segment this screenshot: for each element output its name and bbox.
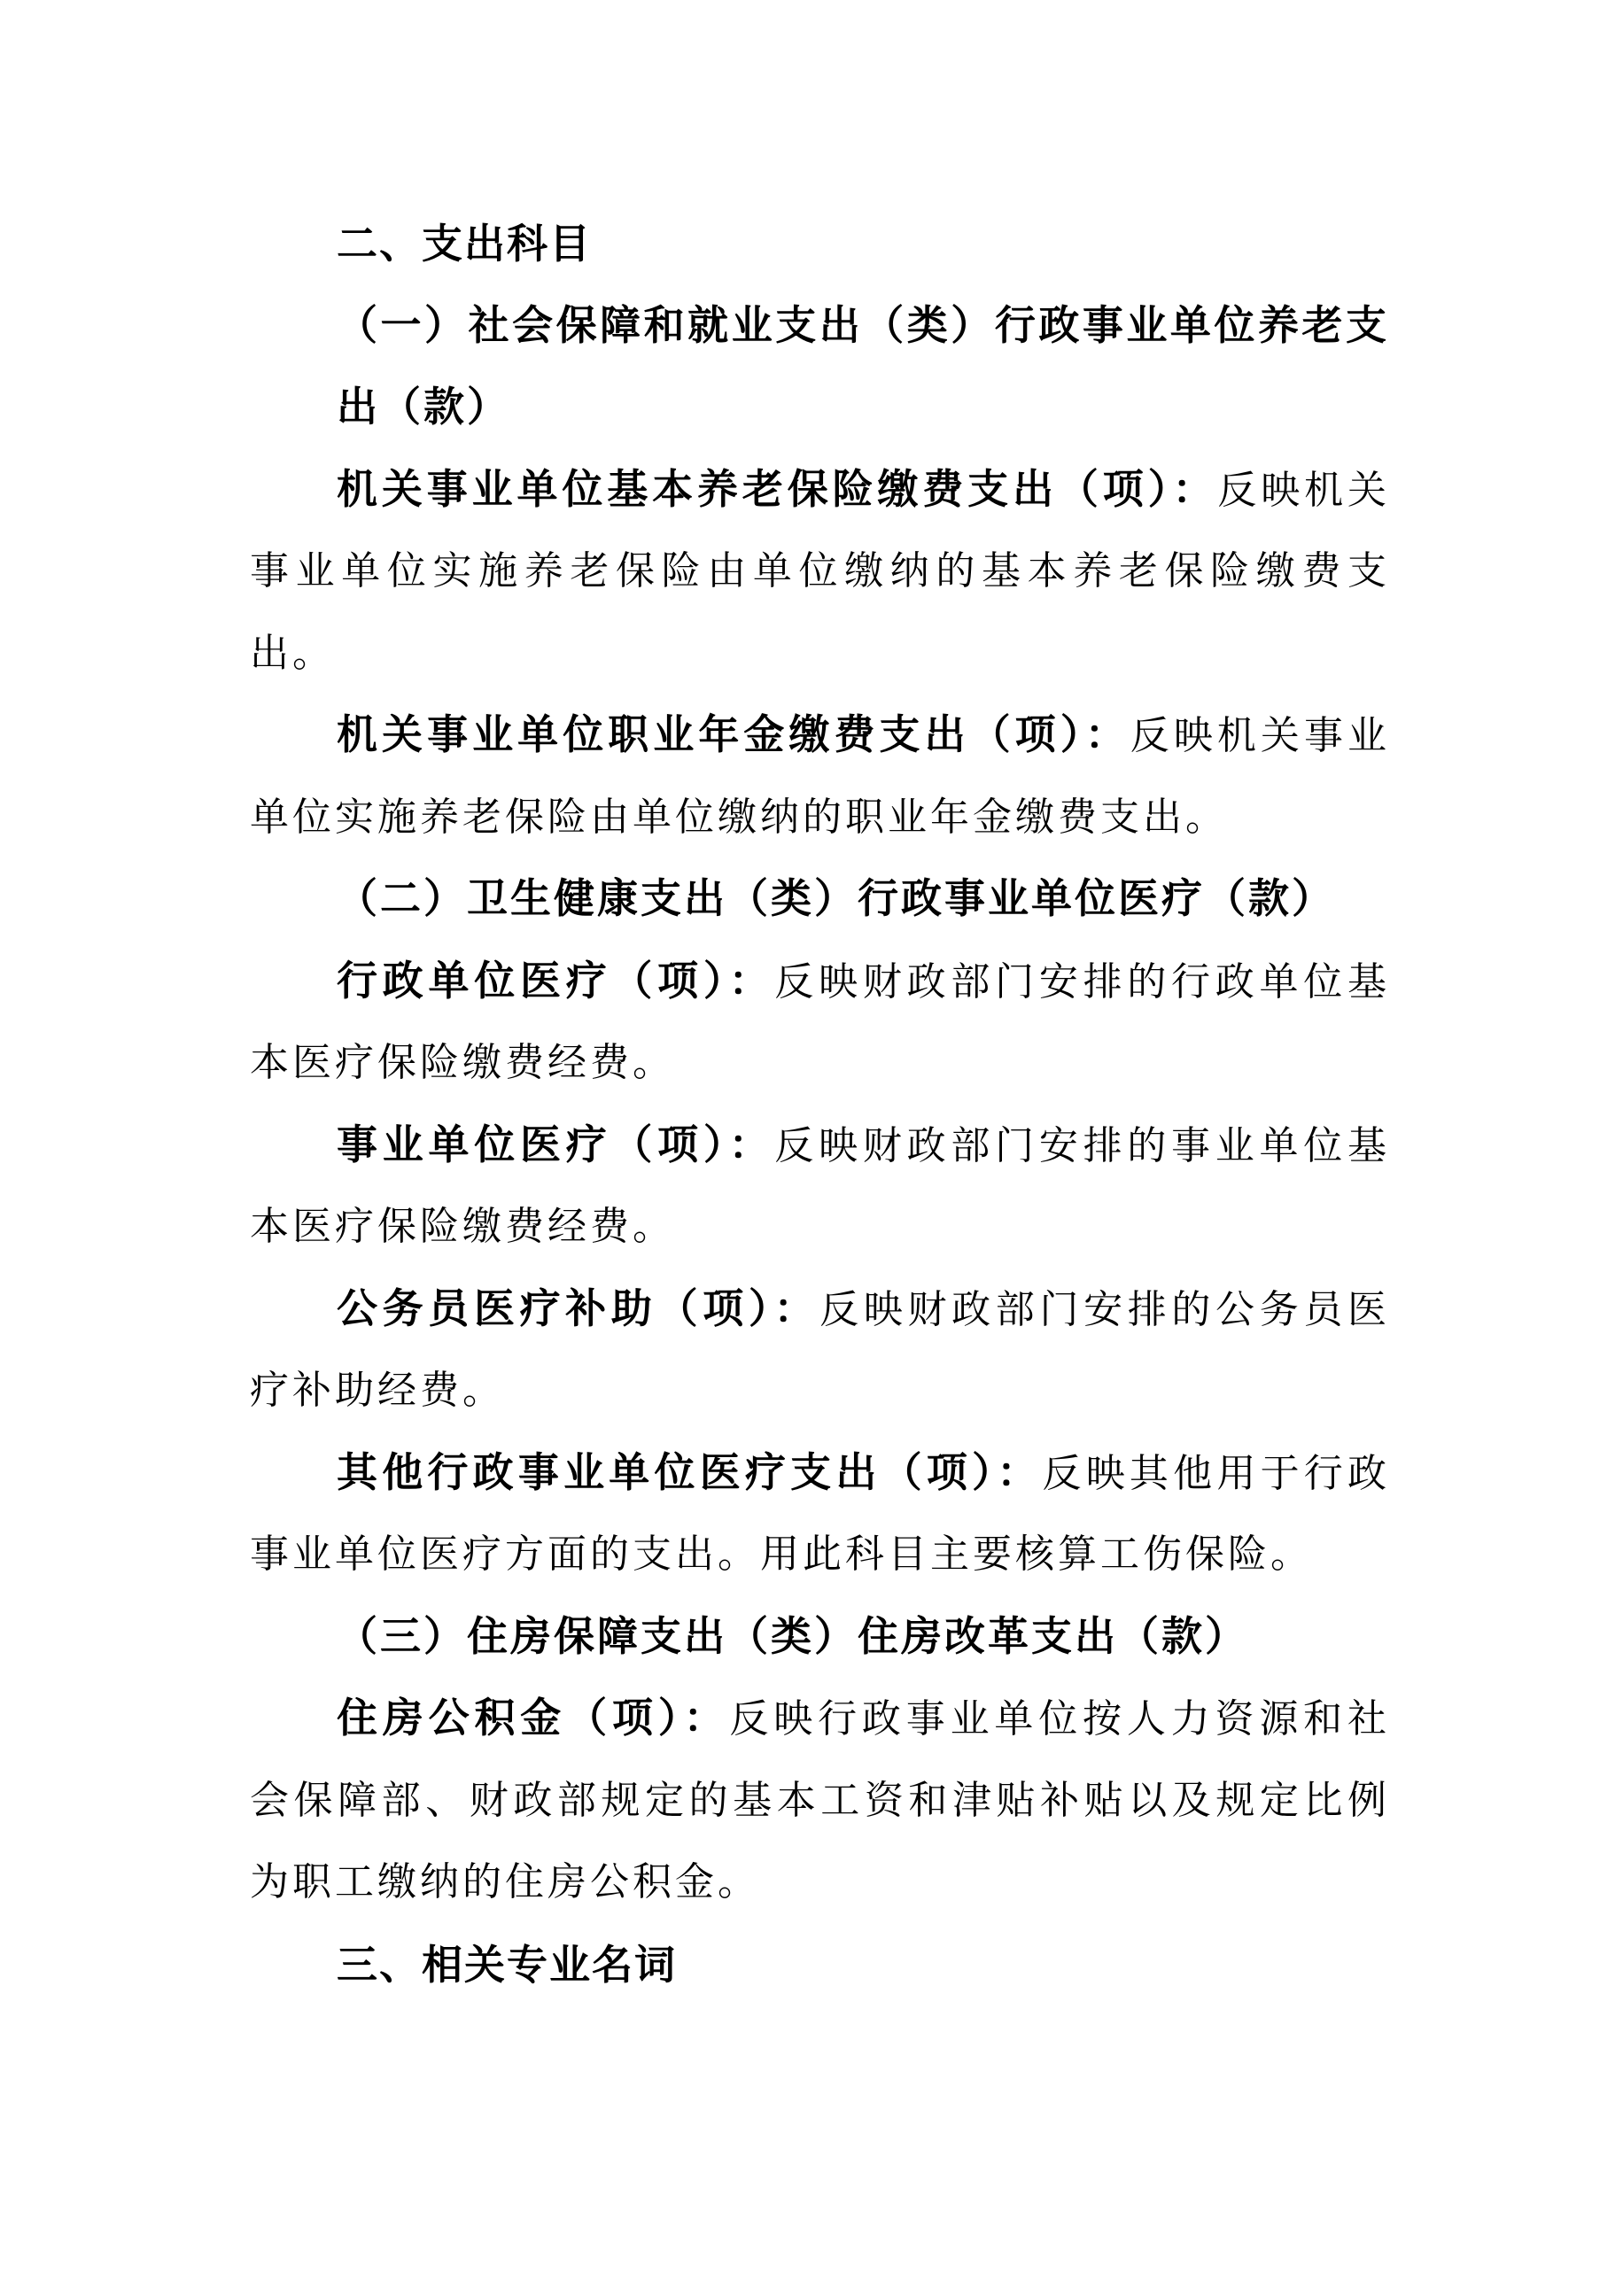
text-line-4: 机关事业单位基本养老保险缴费支出（项）：反映机关 [250, 449, 1386, 531]
text-segment: 事业单位实施养老保险由单位缴纳的基本养老保险缴费支 [250, 549, 1386, 593]
text-segment: 出。 [250, 632, 335, 675]
text-segment-bold: （三）住房保障支出（类）住房改革支出（款） [337, 1614, 1248, 1659]
text-segment-bold: 事业单位医疗（项）： [337, 1122, 774, 1167]
text-line-15: 疗补助经费。 [250, 1350, 1386, 1432]
text-segment: 本医疗保险缴费经费。 [250, 1041, 675, 1084]
text-segment: 反映行政事业单位按人力资源和社 [729, 1697, 1386, 1741]
text-line-7: 机关事业单位职业年金缴费支出（项）：反映机关事业 [250, 694, 1386, 777]
text-segment: 反映财政部门安排的行政单位基 [774, 960, 1386, 1004]
text-line-22: 三、相关专业名词 [250, 1924, 1386, 2006]
text-segment-bold: 机关事业单位职业年金缴费支出（项）： [337, 712, 1130, 757]
text-segment: 单位实施养老保险由单位缴纳的职业年金缴费支出。 [250, 795, 1228, 839]
text-segment: 事业单位医疗方面的支出。用此科目主要核算工伤保险。 [250, 1532, 1313, 1576]
text-line-11: 本医疗保险缴费经费。 [250, 1022, 1386, 1105]
text-line-6: 出。 [250, 613, 1386, 695]
text-line-1: 二、支出科目 [250, 203, 1386, 285]
text-line-8: 单位实施养老保险由单位缴纳的职业年金缴费支出。 [250, 777, 1386, 859]
text-line-18: （三）住房保障支出（类）住房改革支出（款） [250, 1596, 1386, 1679]
text-line-16: 其他行政事业单位医疗支出（项）：反映其他用于行政 [250, 1432, 1386, 1515]
text-line-14: 公务员医疗补助（项）：反映财政部门安排的公务员医 [250, 1268, 1386, 1351]
text-segment: 反映机关事业 [1130, 714, 1386, 757]
text-line-9: （二）卫生健康支出（类）行政事业单位医疗（款） [250, 858, 1386, 941]
text-line-13: 本医疗保险缴费经费。 [250, 1186, 1386, 1268]
text-segment: 反映机关 [1217, 469, 1386, 512]
text-line-21: 为职工缴纳的住房公积金。 [250, 1842, 1386, 1924]
text-segment-bold: 机关事业单位基本养老保险缴费支出（项）： [337, 467, 1217, 512]
text-line-12: 事业单位医疗（项）：反映财政部门安排的事业单位基 [250, 1105, 1386, 1187]
document-page: 二、支出科目（一）社会保障和就业支出（类）行政事业单位养老支出（款）机关事业单位… [0, 0, 1623, 2296]
text-segment: 反映财政部门安排的公务员医 [819, 1288, 1386, 1331]
text-line-17: 事业单位医疗方面的支出。用此科目主要核算工伤保险。 [250, 1514, 1386, 1596]
text-segment: 本医疗保险缴费经费。 [250, 1205, 675, 1248]
text-segment: 会保障部、财政部规定的基本工资和津贴补贴以及规定比例 [250, 1779, 1386, 1822]
text-segment-bold: 二、支出科目 [337, 220, 592, 268]
text-line-10: 行政单位医疗（项）：反映财政部门安排的行政单位基 [250, 941, 1386, 1023]
text-segment: 反映财政部门安排的事业单位基 [774, 1124, 1386, 1167]
text-segment-bold: 三、相关专业名词 [337, 1941, 677, 1989]
text-segment: 疗补助经费。 [250, 1369, 505, 1412]
text-segment-bold: 其他行政事业单位医疗支出（项）： [337, 1450, 1042, 1495]
text-line-19: 住房公积金（项）：反映行政事业单位按人力资源和社 [250, 1678, 1386, 1760]
text-segment-bold: 住房公积金（项）： [337, 1695, 729, 1741]
text-segment: 为职工缴纳的住房公积金。 [250, 1860, 760, 1904]
text-segment-bold: （一）社会保障和就业支出（类）行政事业单位养老支 [337, 303, 1386, 348]
text-segment: 反映其他用于行政 [1042, 1452, 1386, 1495]
text-segment-bold: 公务员医疗补助（项）： [337, 1286, 819, 1331]
text-line-20: 会保障部、财政部规定的基本工资和津贴补贴以及规定比例 [250, 1760, 1386, 1842]
text-line-3: 出（款） [250, 367, 1386, 449]
text-segment-bold: 行政单位医疗（项）： [337, 958, 774, 1004]
text-segment-bold: （二）卫生健康支出（类）行政事业单位医疗（款） [337, 876, 1335, 921]
text-line-5: 事业单位实施养老保险由单位缴纳的基本养老保险缴费支 [250, 531, 1386, 613]
text-segment-bold: 出（款） [337, 384, 510, 430]
document-text-block: 二、支出科目（一）社会保障和就业支出（类）行政事业单位养老支出（款）机关事业单位… [250, 203, 1386, 2005]
text-line-2: （一）社会保障和就业支出（类）行政事业单位养老支 [250, 285, 1386, 368]
